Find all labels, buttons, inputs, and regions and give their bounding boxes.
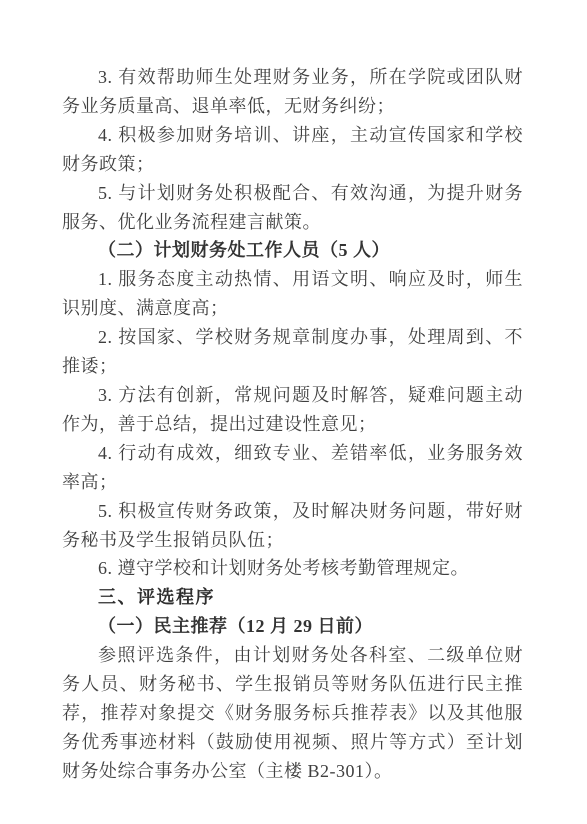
paragraph-criterion-3: 3. 方法有创新，常规问题及时解答，疑难问题主动作为，善于总结，提出过建设性意见… xyxy=(62,381,523,439)
paragraph-nomination-detail: 参照评选条件，由计划财务处各科室、二级单位财务人员、财务秘书、学生报销员等财务队… xyxy=(62,641,523,786)
document-page: 3. 有效帮助师生处理财务业务，所在学院或团队财务业务质量高、退单率低，无财务纠… xyxy=(0,0,587,824)
subsection-heading-nominate: （一）民主推荐（12 月 29 日前） xyxy=(62,612,523,641)
paragraph-item-3: 3. 有效帮助师生处理财务业务，所在学院或团队财务业务质量高、退单率低，无财务纠… xyxy=(62,63,523,121)
document-body: 3. 有效帮助师生处理财务业务，所在学院或团队财务业务质量高、退单率低，无财务纠… xyxy=(62,63,523,786)
paragraph-criterion-4: 4. 行动有成效，细致专业、差错率低，业务服务效率高； xyxy=(62,439,523,497)
paragraph-item-5: 5. 与计划财务处积极配合、有效沟通，为提升财务服务、优化业务流程建言献策。 xyxy=(62,179,523,237)
subsection-heading-staff: （二）计划财务处工作人员（5 人） xyxy=(62,236,523,265)
paragraph-criterion-1: 1. 服务态度主动热情、用语文明、响应及时，师生识别度、满意度高； xyxy=(62,265,523,323)
paragraph-criterion-2: 2. 按国家、学校财务规章制度办事，处理周到、不推诿； xyxy=(62,323,523,381)
paragraph-criterion-5: 5. 积极宣传财务政策，及时解决财务问题，带好财务秘书及学生报销员队伍； xyxy=(62,497,523,555)
section-heading-procedure: 三、评选程序 xyxy=(62,583,523,612)
paragraph-item-4: 4. 积极参加财务培训、讲座，主动宣传国家和学校财务政策； xyxy=(62,121,523,179)
page-number: 2 xyxy=(0,765,587,779)
paragraph-criterion-6: 6. 遵守学校和计划财务处考核考勤管理规定。 xyxy=(62,554,523,583)
